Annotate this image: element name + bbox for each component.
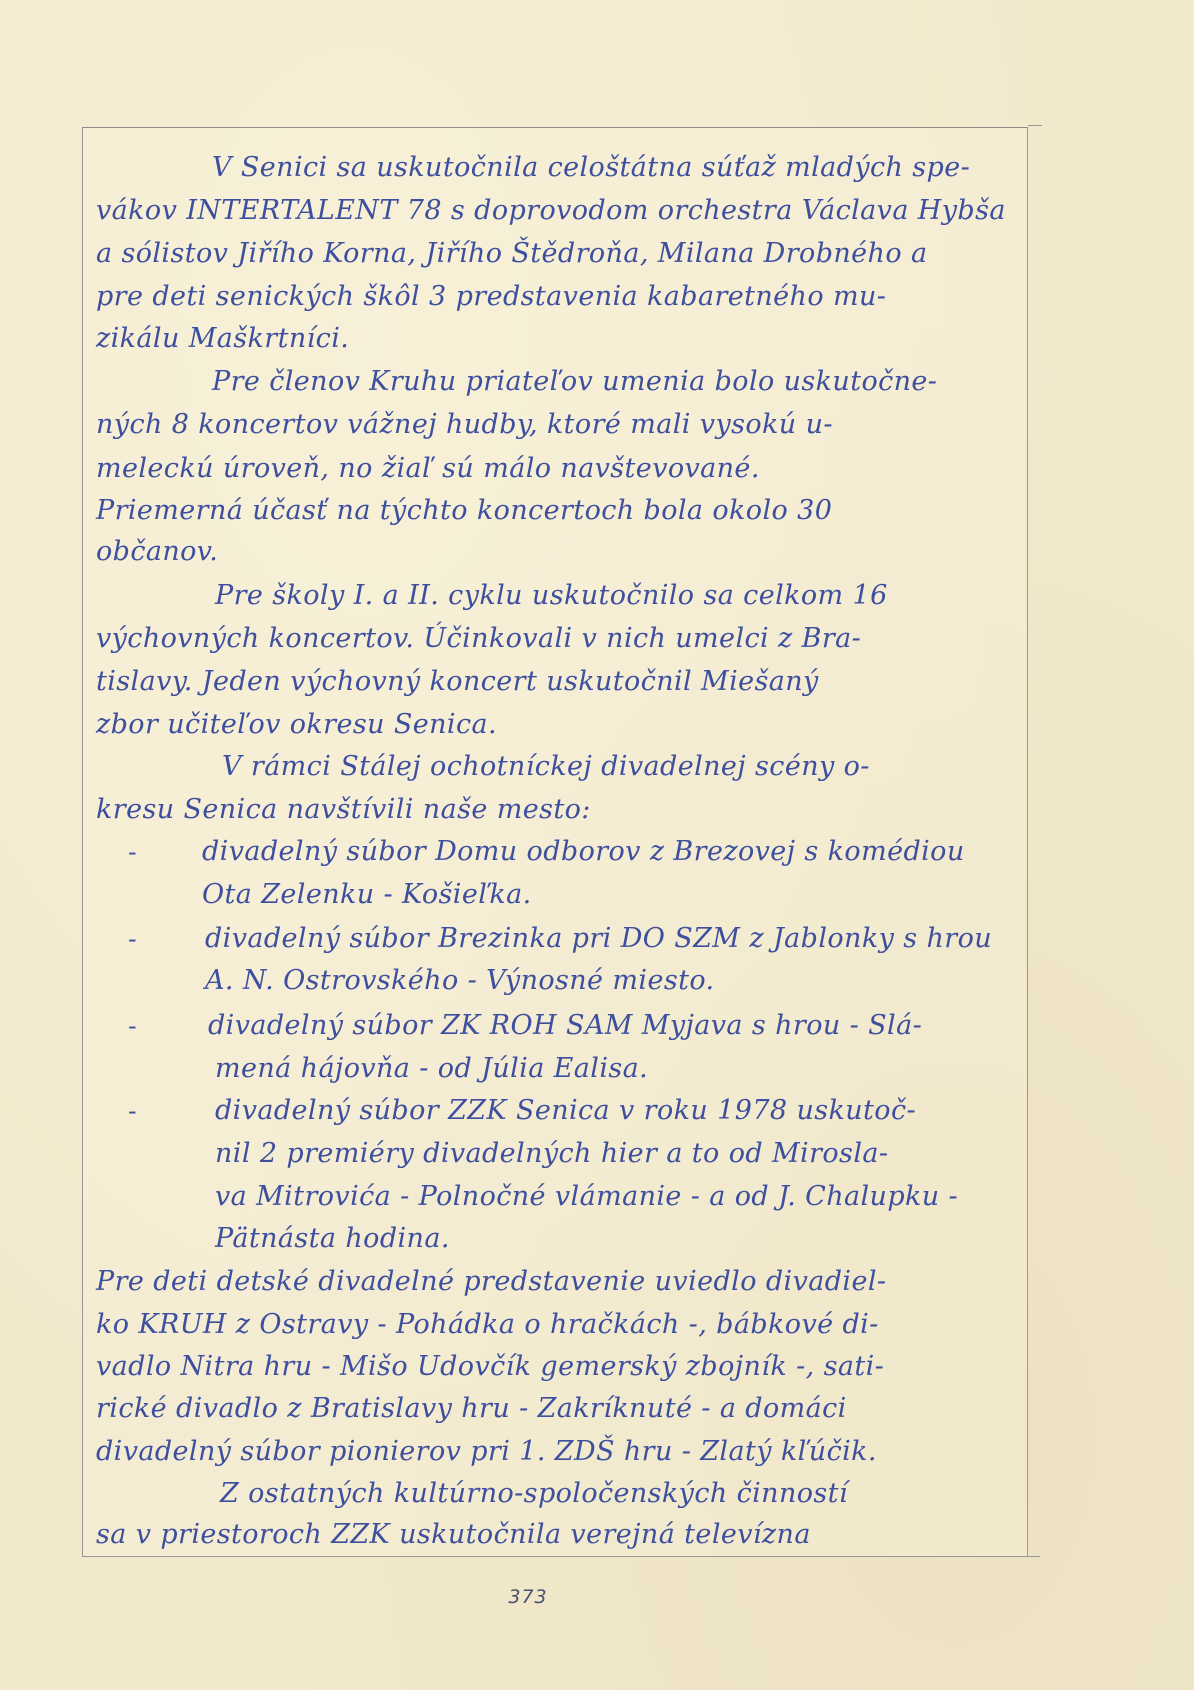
- list-dash-marker: -: [128, 927, 137, 951]
- text-line: rické divadlo z Bratislavy hru - Zakríkn…: [96, 1395, 847, 1422]
- list-dash-marker: -: [128, 1014, 137, 1038]
- list-dash-marker: -: [128, 840, 137, 864]
- text-line: V rámci Stálej ochotníckej divadelnej sc…: [222, 753, 870, 780]
- frame-corner-tick: [1028, 125, 1042, 126]
- list-item-text: nil 2 premiéry divadelných hier a to od …: [215, 1140, 888, 1167]
- text-line: občanov.: [96, 538, 218, 565]
- text-line: zbor učiteľov okresu Senica.: [96, 711, 497, 738]
- text-line: vákov INTERTALENT 78 s doprovodom orches…: [96, 197, 1006, 224]
- text-line: Z ostatných kultúrno-spoločenských činno…: [220, 1480, 848, 1507]
- text-line: vadlo Nitra hru - Mišo Udovčík gemerský …: [96, 1353, 884, 1380]
- page-number: 373: [508, 1586, 548, 1608]
- text-line: Priemerná účasť na týchto koncertoch bol…: [96, 497, 832, 524]
- list-item-text: mená hájovňa - od Júlia Ealisa.: [215, 1055, 648, 1082]
- list-item-text: Ota Zelenku - Košieľka.: [202, 881, 532, 908]
- text-line: kresu Senica navštívili naše mesto:: [96, 796, 591, 823]
- list-item-text: divadelný súbor ZK ROH SAM Myjava s hrou…: [208, 1012, 922, 1039]
- text-line: a sólistov Jiřího Korna, Jiřího Štědroňa…: [96, 240, 927, 267]
- text-line: ko KRUH z Ostravy - Pohádka o hračkách -…: [96, 1311, 879, 1338]
- text-line: zikálu Maškrtníci.: [96, 325, 349, 352]
- list-item-text: divadelný súbor Domu odborov z Brezovej …: [202, 838, 965, 865]
- text-line: pre deti senických škôl 3 predstavenia k…: [96, 283, 886, 310]
- list-item-text: A. N. Ostrovského - Výnosné miesto.: [205, 967, 715, 994]
- list-item-text: divadelný súbor ZZK Senica v roku 1978 u…: [215, 1097, 916, 1124]
- text-line: V Senici sa uskutočnila celoštátna súťaž…: [212, 154, 970, 181]
- text-line: Pre školy I. a II. cyklu uskutočnilo sa …: [215, 582, 888, 609]
- text-line: tislavy. Jeden výchovný koncert uskutočn…: [96, 668, 819, 695]
- text-line: sa v priestoroch ZZK uskutočnila verejná…: [96, 1521, 811, 1548]
- list-item-text: divadelný súbor Brezinka pri DO SZM z Ja…: [205, 925, 992, 952]
- text-line: meleckú úroveň, no žiaľ sú málo navštevo…: [96, 455, 760, 482]
- list-item-text: Pätnásta hodina.: [215, 1225, 450, 1252]
- text-line: Pre členov Kruhu priateľov umenia bolo u…: [212, 368, 937, 395]
- text-line: divadelný súbor pionierov pri 1. ZDŠ hru…: [96, 1438, 877, 1465]
- list-dash-marker: -: [128, 1099, 137, 1123]
- frame-corner-tick: [1028, 1556, 1040, 1557]
- text-line: Pre deti detské divadelné predstavenie u…: [96, 1268, 886, 1295]
- text-line: výchovných koncertov. Účinkovali v nich …: [96, 625, 861, 652]
- text-line: ných 8 koncertov vážnej hudby, ktoré mal…: [96, 411, 833, 438]
- list-item-text: va Mitrovića - Polnočné vlámanie - a od …: [215, 1183, 958, 1210]
